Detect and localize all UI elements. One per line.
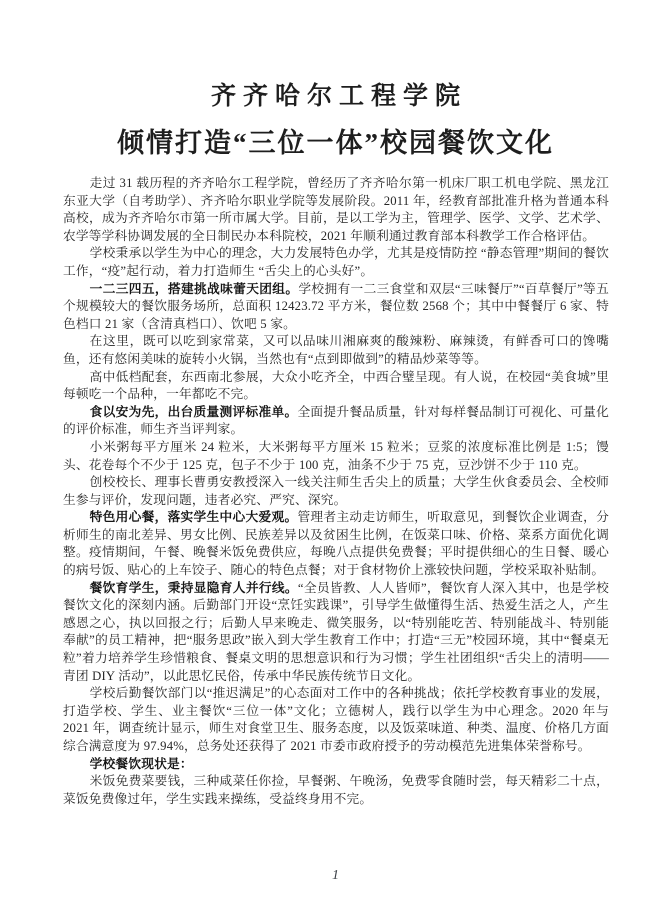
- paragraph-lead: 食以安为先，出台质量测评标准单。: [90, 405, 298, 419]
- paragraph: 学校后勤餐饮部门以“推迟满足”的心态面对工作中的各种挑战；依托学校教育事业的发展…: [63, 685, 609, 755]
- paragraph: 创校校长、理事长曹勇安教授深入一线关注师生舌尖上的质量；大学生伙食委员会、全校师…: [63, 474, 609, 509]
- paragraph-text: 小米粥每平方厘米 24 粒米，大米粥每平方厘米 15 粒米；豆浆的浓度标准比例是…: [63, 440, 609, 472]
- document-title: 齐齐哈尔工程学院 倾情打造“三位一体”校园餐饮文化: [0, 0, 671, 160]
- paragraph: 学校秉承以学生为中心的理念，大力发展特色办学，尤其是疫情防控 “静态管理”期间的…: [63, 245, 609, 280]
- paragraph: 在这里，既可以吃到家常菜，又可以品味川湘麻爽的酸辣粉、麻辣烫，有鲜香可口的馋嘴鱼…: [63, 333, 609, 368]
- document-page: 齐齐哈尔工程学院 倾情打造“三位一体”校园餐饮文化 走过 31 载历程的齐齐哈尔…: [0, 0, 671, 914]
- paragraph: 学校餐饮现状是：: [63, 756, 609, 774]
- paragraph-text: “全员皆教、人人皆师”，餐饮育人深入其中，也是学校餐饮文化的深刻内涵。后勤部门开…: [63, 581, 609, 683]
- paragraph: 高中低档配套，东西南北参展，大众小吃齐全，中西合璧呈现。有人说，在校园“美食城”…: [63, 369, 609, 404]
- paragraph: 特色用心餐，落实学生中心大爱观。管理者主动走访师生，听取意见，到餐饮企业调查，分…: [63, 509, 609, 579]
- paragraph-text: 米饭免费菜要钱，三种咸菜任你捡，早餐粥、午晚汤，免费零食随时尝，每天精彩二十点，…: [63, 774, 609, 806]
- paragraph-lead: 特色用心餐，落实学生中心大爱观。: [90, 510, 298, 524]
- paragraph-text: 在这里，既可以吃到家常菜，又可以品味川湘麻爽的酸辣粉、麻辣烫，有鲜香可口的馋嘴鱼…: [63, 334, 609, 366]
- paragraph: 餐饮育学生，秉持显隐育人并行线。“全员皆教、人人皆师”，餐饮育人深入其中，也是学…: [63, 580, 609, 686]
- paragraph-lead: 餐饮育学生，秉持显隐育人并行线。: [90, 581, 298, 595]
- document-body: 走过 31 载历程的齐齐哈尔工程学院，曾经历了齐齐哈尔第一机床厂职工机电学院、黑…: [63, 175, 609, 808]
- paragraph-text: 高中低档配套，东西南北参展，大众小吃齐全，中西合璧呈现。有人说，在校园“美食城”…: [63, 370, 609, 402]
- paragraph: 一二三四五，搭建挑战味蕾天团组。学校拥有一二三食堂和双层“三味餐厅”“百草餐厅”…: [63, 281, 609, 334]
- paragraph-lead: 一二三四五，搭建挑战味蕾天团组。: [90, 282, 299, 296]
- paragraph: 食以安为先，出台质量测评标准单。全面提升餐品质量，针对每样餐品制订可视化、可量化…: [63, 404, 609, 439]
- paragraph-lead: 学校餐饮现状是：: [90, 757, 193, 771]
- paragraph: 米饭免费菜要钱，三种咸菜任你捡，早餐粥、午晚汤，免费零食随时尝，每天精彩二十点，…: [63, 773, 609, 808]
- paragraph-text: 走过 31 载历程的齐齐哈尔工程学院，曾经历了齐齐哈尔第一机床厂职工机电学院、黑…: [63, 176, 609, 243]
- paragraph-text: 学校后勤餐饮部门以“推迟满足”的心态面对工作中的各种挑战；依托学校教育事业的发展…: [63, 686, 609, 753]
- page-number: 1: [0, 868, 671, 884]
- page-title-line-1: 齐齐哈尔工程学院: [0, 76, 671, 112]
- paragraph: 走过 31 载历程的齐齐哈尔工程学院，曾经历了齐齐哈尔第一机床厂职工机电学院、黑…: [63, 175, 609, 245]
- paragraph-text: 学校秉承以学生为中心的理念，大力发展特色办学，尤其是疫情防控 “静态管理”期间的…: [63, 246, 609, 278]
- page-title-line-2: 倾情打造“三位一体”校园餐饮文化: [0, 121, 671, 160]
- paragraph-text: 创校校长、理事长曹勇安教授深入一线关注师生舌尖上的质量；大学生伙食委员会、全校师…: [63, 475, 609, 507]
- paragraph: 小米粥每平方厘米 24 粒米，大米粥每平方厘米 15 粒米；豆浆的浓度标准比例是…: [63, 439, 609, 474]
